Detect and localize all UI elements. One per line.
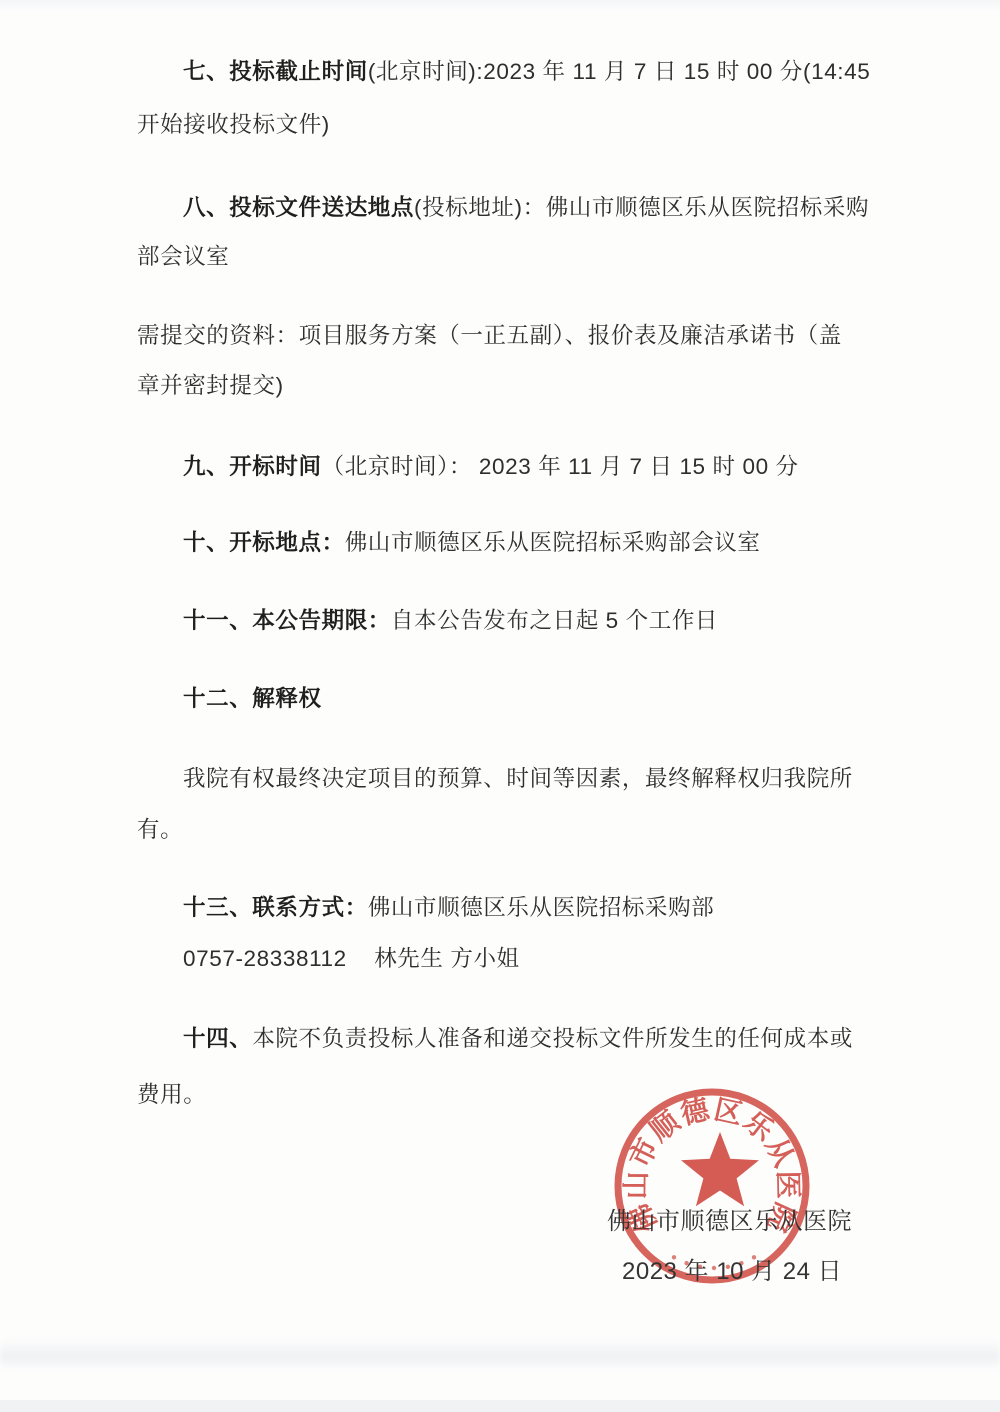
section-heading: 七、投标截止时间 <box>183 59 368 84</box>
body-text: 佛山市顺德区乐从医院招标采购部 <box>368 895 715 920</box>
body-text: （北京时间）： 2023 年 11 月 7 日 15 时 00 分 <box>322 454 799 479</box>
seal-ring-character: 德 <box>678 1093 713 1130</box>
document-line: 有。 <box>137 815 877 845</box>
signature-organization: 佛山市顺德区乐从医院 <box>607 1207 852 1237</box>
section-heading: 十二、解释权 <box>183 686 322 711</box>
document-line: 章并密封提交) <box>137 371 877 401</box>
document-line: 九、开标时间（北京时间）： 2023 年 11 月 7 日 15 时 00 分 <box>137 452 923 482</box>
body-text: 开始接收投标文件) <box>137 112 330 137</box>
document-line: 部会议室 <box>137 242 877 272</box>
document-line: 十二、解释权 <box>137 684 923 714</box>
seal-ring-character: 区 <box>711 1094 745 1130</box>
section-heading: 十四、 <box>183 1026 252 1051</box>
scan-artifact-band <box>0 1340 1000 1370</box>
document-line: 七、投标截止时间(北京时间):2023 年 11 月 7 日 15 时 00 分… <box>137 57 923 87</box>
document-line: 0757-28338112 林先生 方小姐 <box>137 944 923 974</box>
scan-artifact-top <box>0 0 1000 12</box>
body-text: 佛山市顺德区乐从医院招标采购部会议室 <box>345 530 761 555</box>
document-line: 十四、本院不负责投标人准备和递交投标文件所发生的任何成本或 <box>137 1024 923 1054</box>
signature-date: 2023 年 10 月 24 日 <box>622 1257 842 1287</box>
scan-artifact-bottom <box>0 1400 1000 1412</box>
body-text: 0757-28338112 林先生 方小姐 <box>183 946 520 971</box>
body-text: 本院不负责投标人准备和递交投标文件所发生的任何成本或 <box>252 1026 853 1051</box>
document-line: 需提交的资料：项目服务方案（一正五副）、报价表及廉洁承诺书（盖 <box>137 321 877 351</box>
section-heading: 九、开标时间 <box>183 454 322 479</box>
seal-ring-character: 山 <box>620 1171 651 1199</box>
document-line: 十一、本公告期限：自本公告发布之日起 5 个工作日 <box>137 606 923 636</box>
document-line: 开始接收投标文件) <box>137 110 877 140</box>
body-text: 需提交的资料：项目服务方案（一正五副）、报价表及廉洁承诺书（盖 <box>137 323 842 348</box>
document-line: 十、开标地点：佛山市顺德区乐从医院招标采购部会议室 <box>137 528 923 558</box>
body-text: 费用。 <box>137 1082 206 1107</box>
body-text: 有。 <box>137 817 183 842</box>
section-heading: 十一、本公告期限： <box>183 608 391 633</box>
document-line: 八、投标文件送达地点(投标地址)：佛山市顺德区乐从医院招标采购 <box>137 193 923 223</box>
body-text: (北京时间):2023 年 11 月 7 日 15 时 00 分(14:45 <box>368 59 871 84</box>
section-heading: 十三、联系方式： <box>183 895 368 920</box>
seal-ring-character: 医 <box>772 1170 803 1199</box>
body-text: 自本公告发布之日起 5 个工作日 <box>391 608 718 633</box>
body-text: (投标地址)：佛山市顺德区乐从医院招标采购 <box>414 195 869 220</box>
section-heading: 八、投标文件送达地点 <box>183 195 414 220</box>
body-text: 我院有权最终决定项目的预算、时间等因素，最终解释权归我院所 <box>183 766 853 791</box>
seal-star-icon <box>681 1132 759 1206</box>
scanned-document-page: 七、投标截止时间(北京时间):2023 年 11 月 7 日 15 时 00 分… <box>0 0 1000 1412</box>
document-line: 十三、联系方式：佛山市顺德区乐从医院招标采购部 <box>137 893 923 923</box>
body-text: 章并密封提交) <box>137 373 284 398</box>
section-heading: 十、开标地点： <box>183 530 345 555</box>
body-text: 部会议室 <box>137 244 229 269</box>
document-line: 我院有权最终决定项目的预算、时间等因素，最终解释权归我院所 <box>137 764 923 794</box>
